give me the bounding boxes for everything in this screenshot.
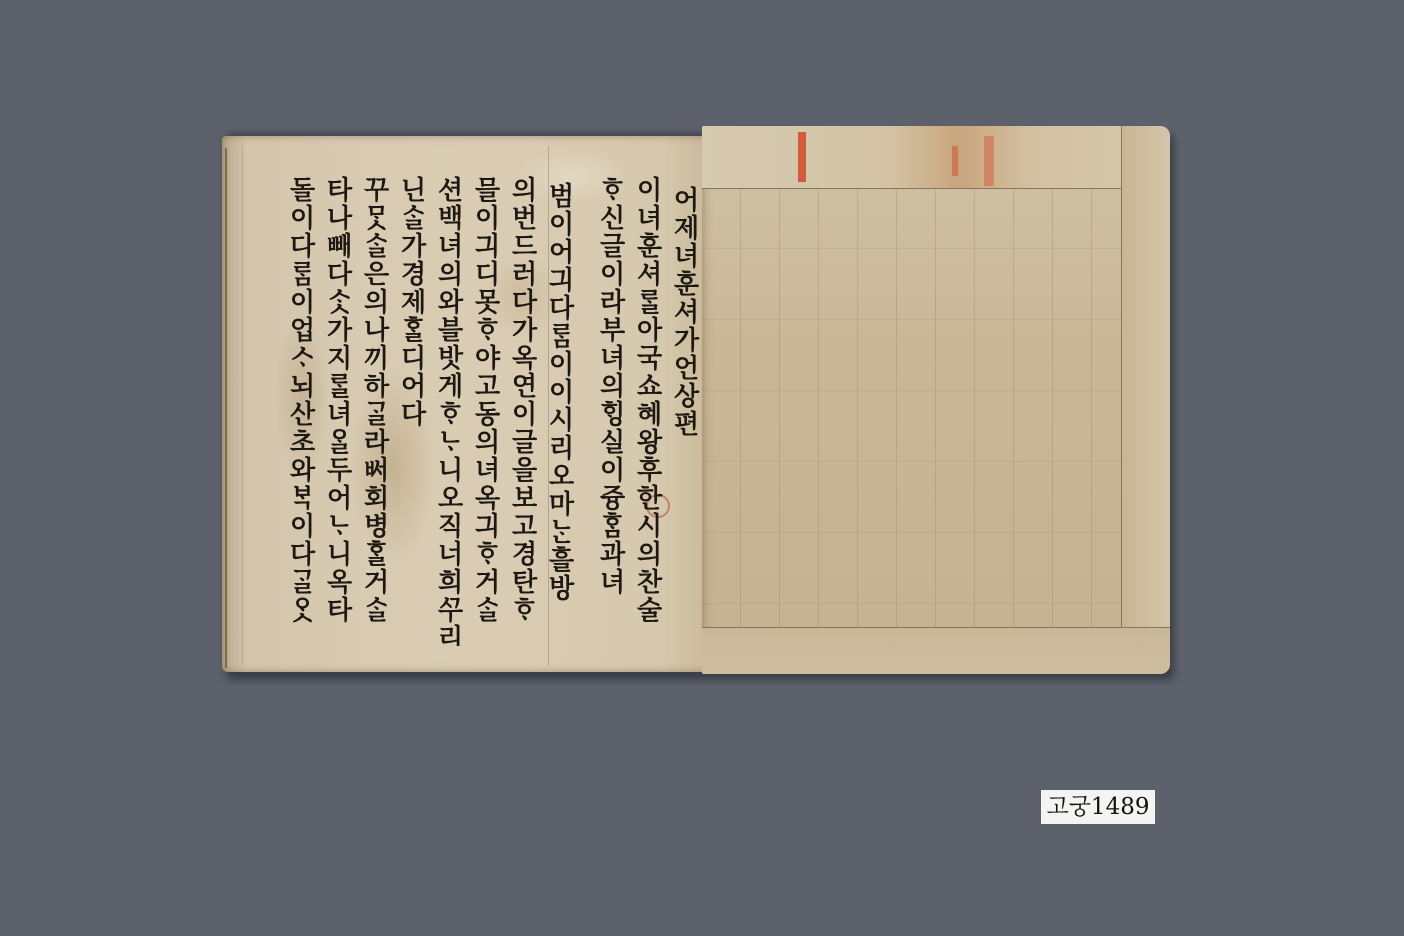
left-page: 어제녀훈셔가언상편 이녀훈셔ᄅᆞᆯ아국쇼혜왕후한시의찬술 ᄒᆞ신글이라부녀의ᄒᆡ… xyxy=(222,136,712,672)
open-book: 어제녀훈셔가언상편 이녀훈셔ᄅᆞᆯ아국쇼혜왕후한시의찬술 ᄒᆞ신글이라부녀의ᄒᆡ… xyxy=(222,126,1170,674)
cover-bottom-fold xyxy=(702,627,1170,674)
page-edge xyxy=(225,148,227,668)
catalog-label: 고궁1489 xyxy=(1041,790,1155,824)
text-column: 이녀훈셔ᄅᆞᆯ아국쇼혜왕후한시의찬술 xyxy=(628,176,665,646)
column-gap xyxy=(577,176,591,646)
text-column: 꾸ᄆᆞᆺᄉᆞᆯ은의나끼하ᄀᆞᆯ라ᄡᅥ회병ᄒᆞᆯ거ᄉᆞᆯ xyxy=(355,176,392,646)
red-ink-mark xyxy=(798,132,806,182)
text-column: 믈이긔디못ᄒᆞ야고동의녀옥긔ᄒᆞ거ᄉᆞᆯ xyxy=(466,176,503,646)
cover-top-fold xyxy=(702,126,1170,189)
text-column-title: 어제녀훈셔가언상편 xyxy=(665,176,702,646)
cover-right-fold xyxy=(1121,126,1170,674)
red-ink-mark xyxy=(984,136,994,186)
text-column: 타나빼다ᄉᆞᆺ가지ᄅᆞᆯ녀ᄋᆞᆯ두어ᄂᆞ니옥타 xyxy=(318,176,355,646)
manuscript-text: 어제녀훈셔가언상편 이녀훈셔ᄅᆞᆯ아국쇼혜왕후한시의찬술 ᄒᆞ신글이라부녀의ᄒᆡ… xyxy=(232,176,702,646)
right-page-inner-cover xyxy=(702,126,1170,674)
text-column: 의번드러다가옥연이글을보고경탄ᄒᆞ xyxy=(503,176,540,646)
red-ink-mark xyxy=(952,146,958,176)
text-column: 돌이다ᄅᆞᆷ이업ᄉᆞ뇌산초와ᄇᆞᆨ이다ᄀᆞᆯᄋᆞᆺ xyxy=(281,176,318,646)
text-column: 범이어긔다ᄅᆞᆷ이이시리오마ᄂᆞᆫ흘방 xyxy=(540,176,577,646)
text-column: 션백녀의와블밧게ᄒᆞᄂᆞ니오직너희ᄭᅮ리 xyxy=(429,176,466,646)
text-column: ᄒᆞ신글이라부녀의ᄒᆡᆼ실이즁ᄒᆞᆷ과녀 xyxy=(591,176,628,646)
text-column: 닌ᄉᆞᆯ가경제ᄒᆞᆯ디어다 xyxy=(392,176,429,646)
